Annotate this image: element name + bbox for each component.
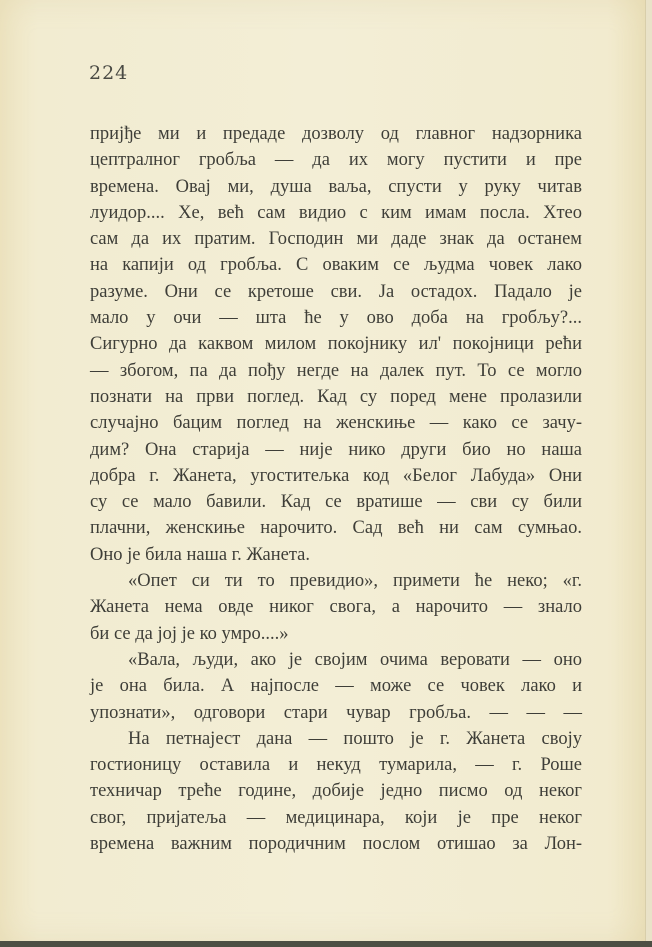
text-line: «Опет си ти то превидио», примети ће нек… <box>90 568 582 594</box>
text-line: времена важним породичним послом отишао … <box>90 831 582 857</box>
text-line: луидор.... Хе, већ сам видио с ким имам … <box>90 200 582 226</box>
page-right-edge <box>645 0 652 947</box>
text-line: пријђе ми и предаде дозволу од главног н… <box>90 121 582 147</box>
text-line: сам да их пратим. Господин ми даде знак … <box>90 226 582 252</box>
text-line: свог, пријатеља — медицинара, који је пр… <box>90 805 582 831</box>
text-line: на капији од гробља. С оваким се људма ч… <box>90 252 582 278</box>
scan-bottom-border <box>0 941 652 947</box>
text-line: техничар треће године, добије једно писм… <box>90 778 582 804</box>
text-line: времена. Овај ми, душа ваља, спусти у ру… <box>90 174 582 200</box>
text-line: је она била. А најпосле — може се човек … <box>90 673 582 699</box>
text-line: На петнајест дана — пошто је г. Жанета с… <box>90 726 582 752</box>
text-line: гостионицу оставила и некуд тумарила, — … <box>90 752 582 778</box>
body-text: пријђе ми и предаде дозволу од главног н… <box>90 121 582 857</box>
text-line: мало у очи — шта ће у ово доба на гробљу… <box>90 305 582 331</box>
text-line: дим? Она старија — није нико други био н… <box>90 437 582 463</box>
text-line: разуме. Они се кретоше сви. Ја остадох. … <box>90 279 582 305</box>
text-line: плачни, женскиње нарочито. Сад већ ни са… <box>90 515 582 541</box>
text-line: упознати», одговори стари чувар гробља. … <box>90 700 582 726</box>
text-line: «Вала, људи, ако је својим очима вероват… <box>90 647 582 673</box>
text-line: Сигурно да каквом милом покојнику ил' по… <box>90 331 582 357</box>
text-line: Оно је била наша г. Жанета. <box>90 542 582 568</box>
text-line: познати на први поглед. Кад су поред мен… <box>90 384 582 410</box>
book-page: 224 пријђе ми и предаде дозволу од главн… <box>0 0 646 941</box>
text-line: су се мало бавили. Кад се вратише — сви … <box>90 489 582 515</box>
text-line: добра г. Жанета, угоститељка код «Белог … <box>90 463 582 489</box>
page-number: 224 <box>89 62 128 84</box>
text-line: цептралног гробља — да их могу пустити и… <box>90 147 582 173</box>
text-line: случајно бацим поглед на женскиње — како… <box>90 410 582 436</box>
text-line: Жанета нема овде никог свога, а нарочито… <box>90 594 582 620</box>
text-line: би се да јој је ко умро....» <box>90 621 582 647</box>
text-line: — збогом, па да пођу негде на далек пут.… <box>90 358 582 384</box>
